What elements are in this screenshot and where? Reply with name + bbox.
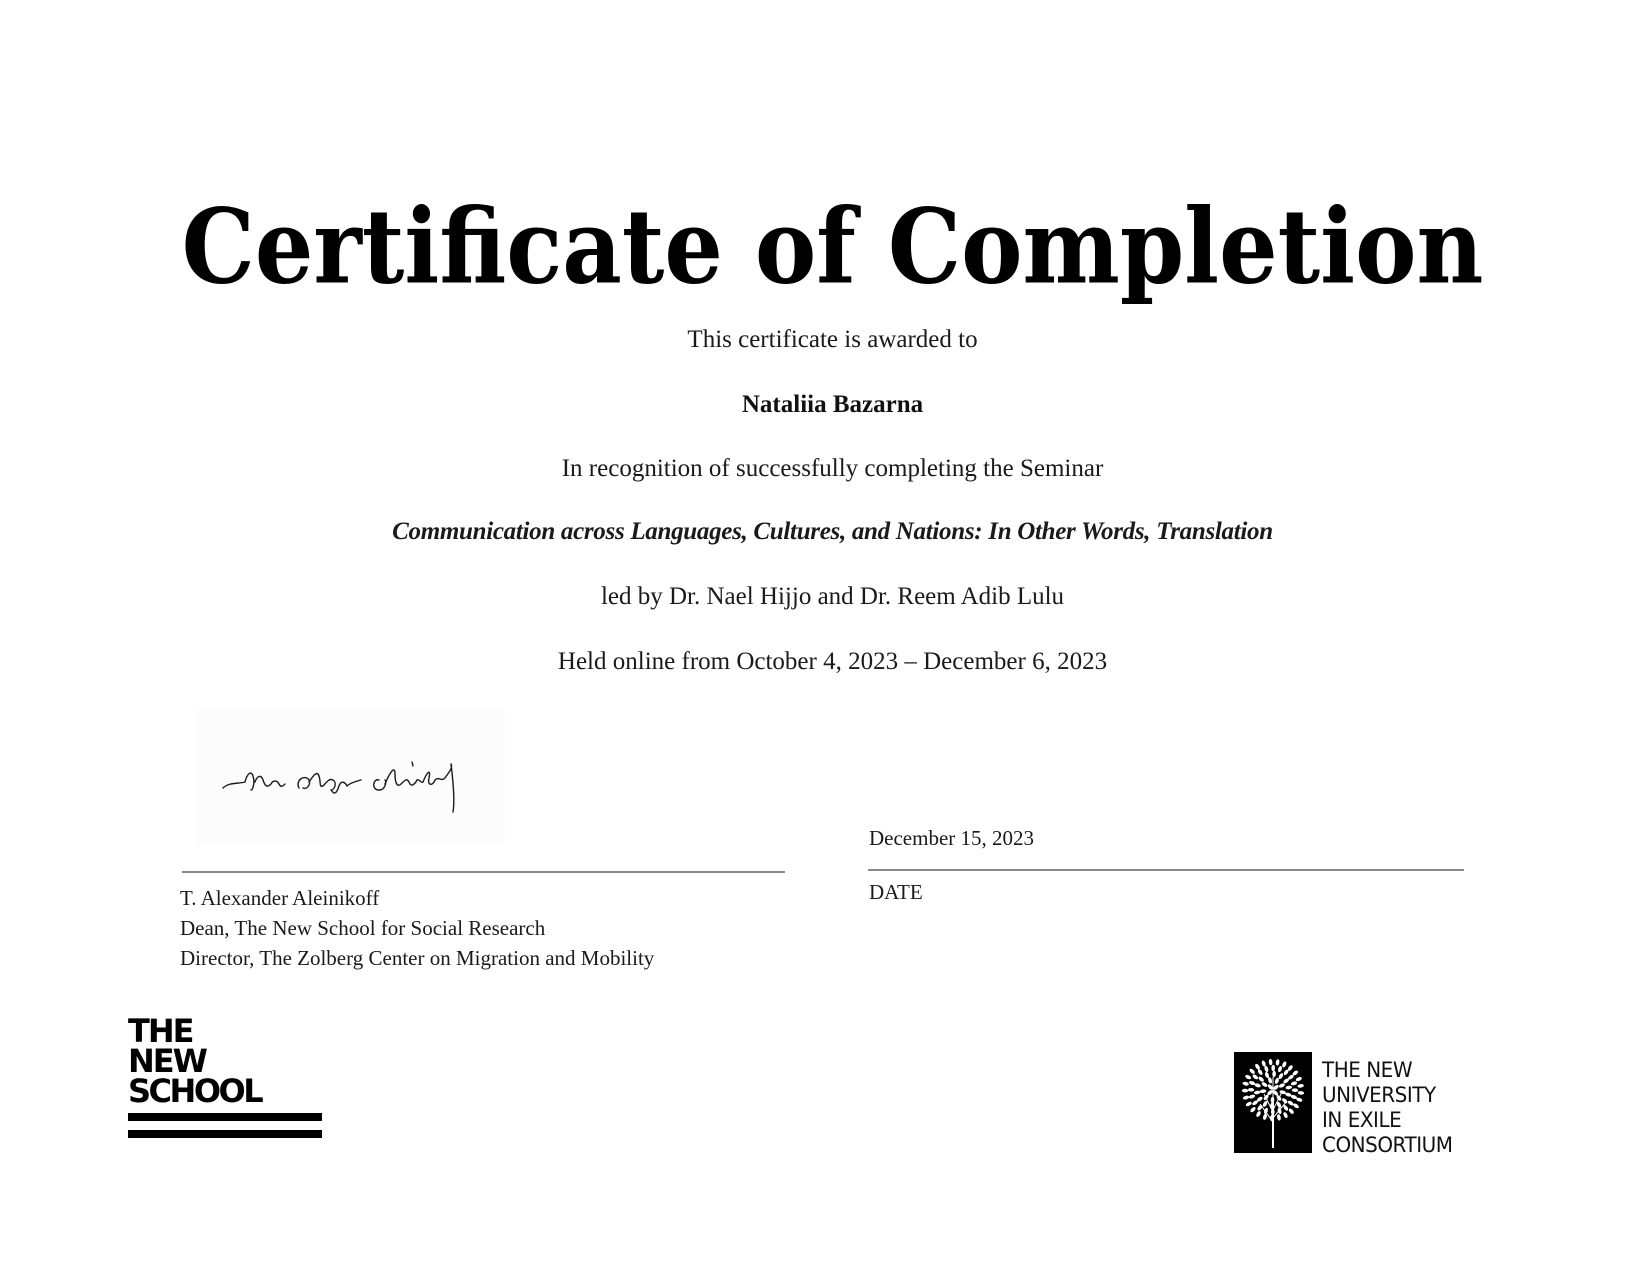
signer-title-dean: Dean, The New School for Social Research <box>180 916 545 941</box>
consortium-logo-line: THE NEW <box>1322 1058 1452 1083</box>
signature-image <box>195 710 505 845</box>
new-school-logo-bar <box>128 1113 322 1121</box>
consortium-logo-line: UNIVERSITY <box>1322 1083 1452 1108</box>
tree-icon <box>1234 1052 1312 1153</box>
signer-name: T. Alexander Aleinikoff <box>180 886 379 911</box>
handwritten-signature-icon <box>195 710 505 845</box>
consortium-logo-line: CONSORTIUM <box>1322 1133 1452 1158</box>
consortium-logo-mark <box>1234 1052 1312 1153</box>
recognition-text: In recognition of successfully completin… <box>0 455 1650 483</box>
seminar-title: Communication across Languages, Cultures… <box>0 518 1650 546</box>
new-school-logo: THE NEW SCHOOL <box>128 1015 324 1141</box>
certificate-title: Certificate of Completion <box>0 186 1650 307</box>
recipient-name: Nataliia Bazarna <box>0 391 1650 419</box>
seminar-dates: Held online from October 4, 2023 – Decem… <box>0 648 1650 676</box>
new-school-logo-school: SCHOOL <box>128 1075 261 1107</box>
signature-line <box>182 871 785 873</box>
consortium-logo-line: IN EXILE <box>1322 1108 1452 1133</box>
new-school-logo-bar <box>128 1130 322 1138</box>
signer-title-director: Director, The Zolberg Center on Migratio… <box>180 946 654 971</box>
issue-date: December 15, 2023 <box>869 826 1034 851</box>
consortium-logo-text: THE NEW UNIVERSITY IN EXILE CONSORTIUM <box>1322 1058 1459 1158</box>
date-label: DATE <box>869 880 923 905</box>
date-line <box>868 869 1464 871</box>
awarded-intro: This certificate is awarded to <box>0 326 1650 354</box>
seminar-leaders: led by Dr. Nael Hijjo and Dr. Reem Adib … <box>0 583 1650 611</box>
